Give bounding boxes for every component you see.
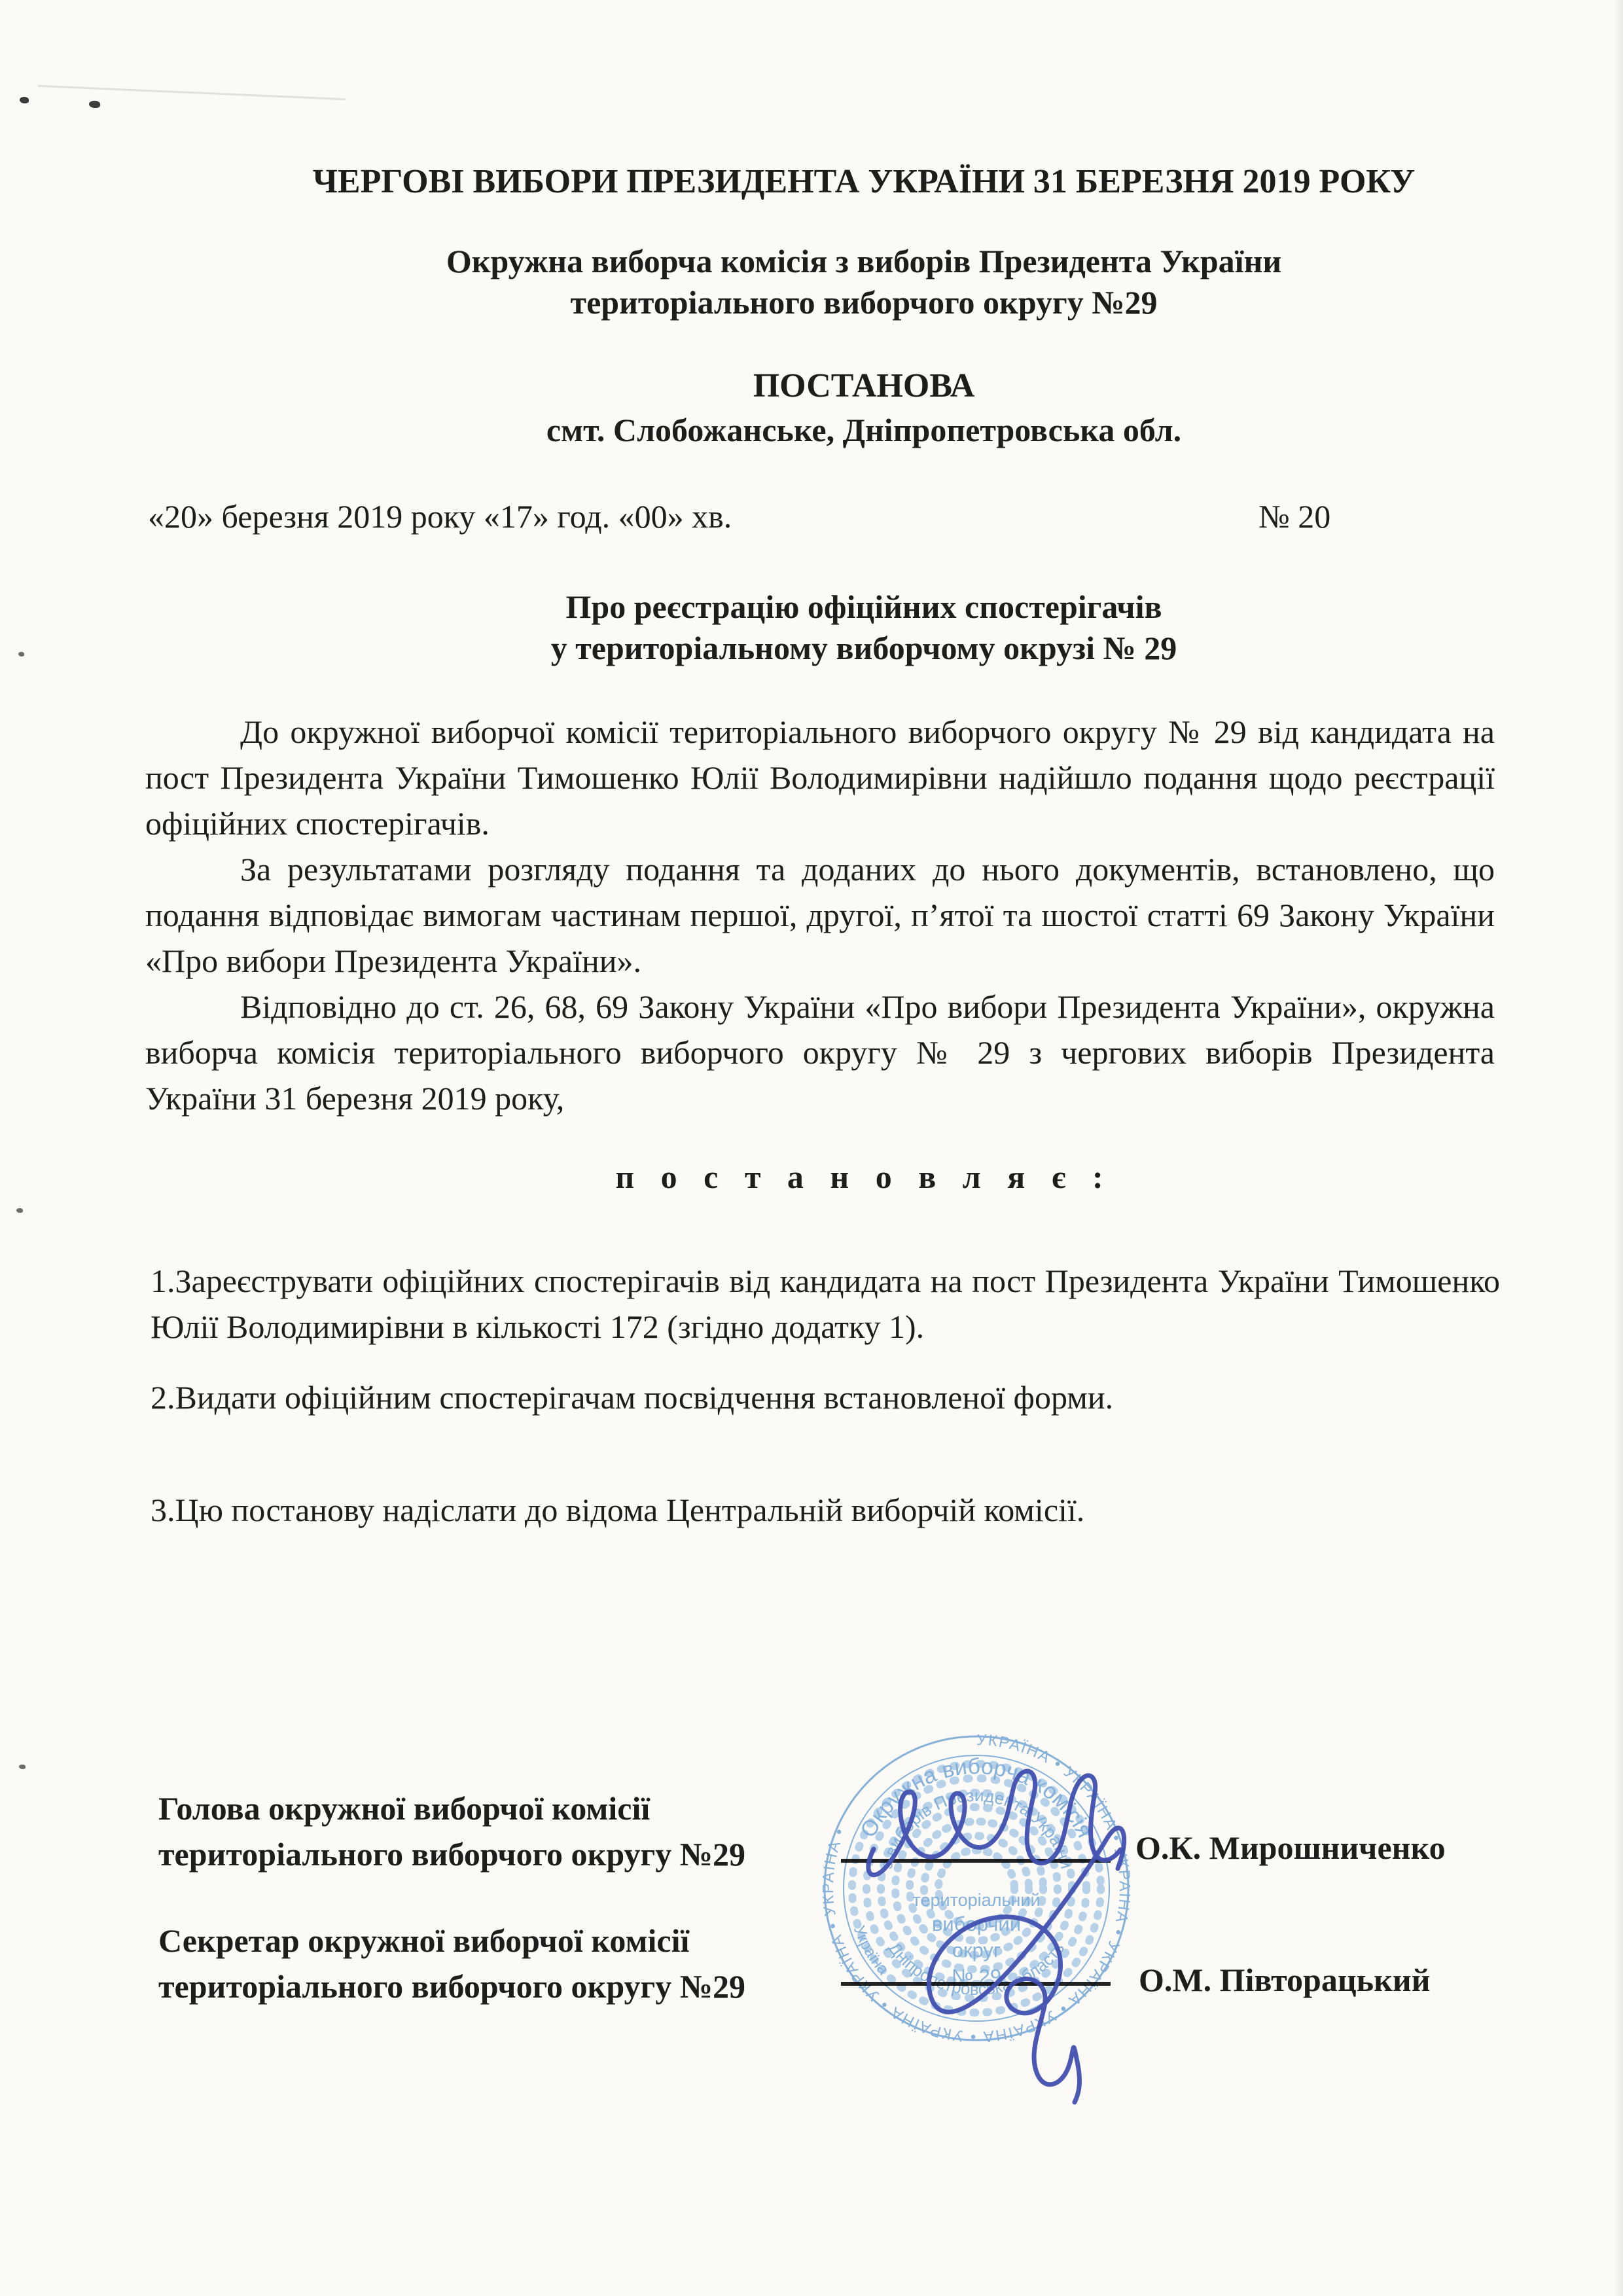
secretary-signature-ink [929, 1828, 1124, 2102]
head-role-line2: територіального виборчого округу №29 [158, 1831, 878, 1877]
resolution-item-1: 1.Зареєструвати офіційних спостерігачів … [151, 1258, 1500, 1350]
body-text: До окружної виборчої комісії територіаль… [145, 709, 1495, 1121]
head-name: О.К. Мирошниченко [1135, 1825, 1446, 1871]
commission-name-line1: Окружна виборча комісія з виборів Презид… [157, 241, 1571, 282]
scan-speck [16, 1208, 23, 1213]
document-title: ЧЕРГОВІ ВИБОРИ ПРЕЗИДЕНТА УКРАЇНИ 31 БЕР… [157, 161, 1571, 202]
document-page: ЧЕРГОВІ ВИБОРИ ПРЕЗИДЕНТА УКРАЇНИ 31 БЕР… [0, 0, 1623, 2296]
handwritten-signatures [838, 1728, 1152, 2108]
resolves-heading: п о с т а н о в л я є : [157, 1154, 1571, 1200]
document-number: № 20 [1258, 493, 1330, 539]
scan-speck [20, 97, 29, 103]
document-type: ПОСТАНОВА [157, 365, 1571, 406]
paragraph-3: Відповідно до ст. 26, 68, 69 Закону Укра… [145, 984, 1495, 1121]
place-line: смт. Слобожанське, Дніпропетровська обл. [157, 410, 1571, 451]
commission-name-line2: територіального виборчого округу №29 [157, 282, 1571, 323]
scan-speck [19, 1765, 26, 1769]
resolution-item-3: 3.Цю постанову надіслати до відома Центр… [151, 1487, 1500, 1533]
secretary-role-line1: Секретар окружної виборчої комісії [158, 1918, 878, 1964]
subject-line2: у територіальному виборчому окрузі № 29 [157, 628, 1571, 669]
subject-heading: Про реєстрацію офіційних спостерігачів у… [157, 586, 1571, 669]
head-signature-ink [868, 1771, 1120, 1875]
scan-speck [89, 101, 100, 108]
scan-streak [38, 85, 346, 100]
subject-line1: Про реєстрацію офіційних спостерігачів [157, 586, 1571, 628]
resolution-item-2: 2.Видати офіційним спостерігачам посвідч… [151, 1374, 1500, 1420]
secretary-role-line2: територіального виборчого округу №29 [158, 1964, 878, 2009]
scan-speck [18, 652, 24, 656]
paragraph-1: До окружної виборчої комісії територіаль… [145, 709, 1495, 846]
commission-name: Окружна виборча комісія з виборів Презид… [157, 241, 1571, 323]
paragraph-2: За результатами розгляду подання та дода… [145, 846, 1495, 984]
secretary-name: О.М. Півторацький [1139, 1957, 1431, 2003]
head-role-line1: Голова окружної виборчої комісії [158, 1785, 878, 1831]
